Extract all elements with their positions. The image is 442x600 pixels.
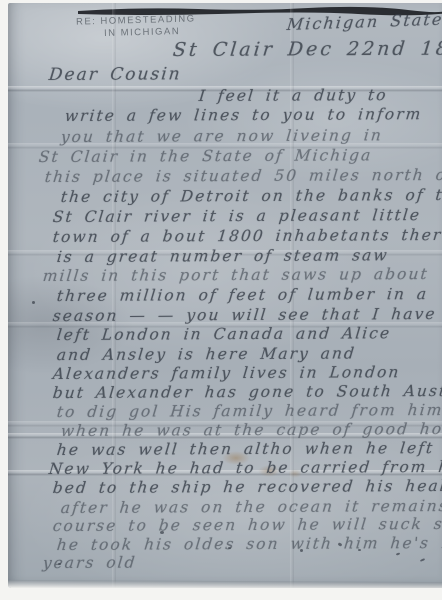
region-heading: Michigan State [286,12,442,33]
letter-line: bed to the ship he recovered his heal [52,479,442,497]
letter-line: New York he had to be carried from his [48,460,442,478]
letter-line: when he was at the cape of good hope [60,422,442,440]
letter-line: but Alexander has gone to South Austral [52,384,442,402]
letter-line: this place is situated 50 miles north of [44,168,442,186]
letter-line: mills in this port that saws up about [42,267,429,285]
letter-line: years old [42,556,137,572]
letter-line: St Clair river it is a pleasant little [52,208,422,225]
letter-line: town of a bout 1800 inhabetants there [52,228,442,246]
letter-line: he was well then altho when he left [56,441,435,458]
letter-line: he took his oldes son with him he's 1 [56,536,442,554]
letter-line: St Clair in the State of Michiga [38,148,373,165]
letter-line: course to be seen how he will suck see [52,517,442,535]
letter-line: to dig gol His family heard from him [56,403,442,421]
letter-line: season — — you will see that I have [52,307,437,325]
letter-line: Alexanders family lives in London [52,365,401,382]
letter-line: left London in Canada and Alice [56,326,392,343]
paper-bottom-edge [8,580,442,588]
letter-line: the city of Detroit on the banks of the [60,188,442,206]
letter-line: and Ansley is here Mary and [56,346,357,363]
pencil-annotation-line: IN MICHIGAN [104,26,180,39]
letter-paper: RE: HOMESTEADING IN MICHIGAN Michigan St… [8,3,442,588]
letter-line: three million of feet of lumber in a [56,287,429,304]
ink-speck [32,301,35,304]
ink-speck [420,558,425,562]
dateline: St Clair Dec 22nd 1854 [172,39,442,60]
ink-speck [396,552,400,555]
letter-line: after he was on the ocean it remains of [60,499,442,517]
letter-scan: RE: HOMESTEADING IN MICHIGAN Michigan St… [0,0,442,600]
letter-line: I feel it a duty to [198,88,388,104]
salutation: Dear Cousin [48,66,182,84]
letter-line: is a great number of steam saw [56,248,389,265]
letter-line: you that we are now liveing in [60,128,384,145]
letter-line: write a few lines to you to inform [64,107,423,124]
